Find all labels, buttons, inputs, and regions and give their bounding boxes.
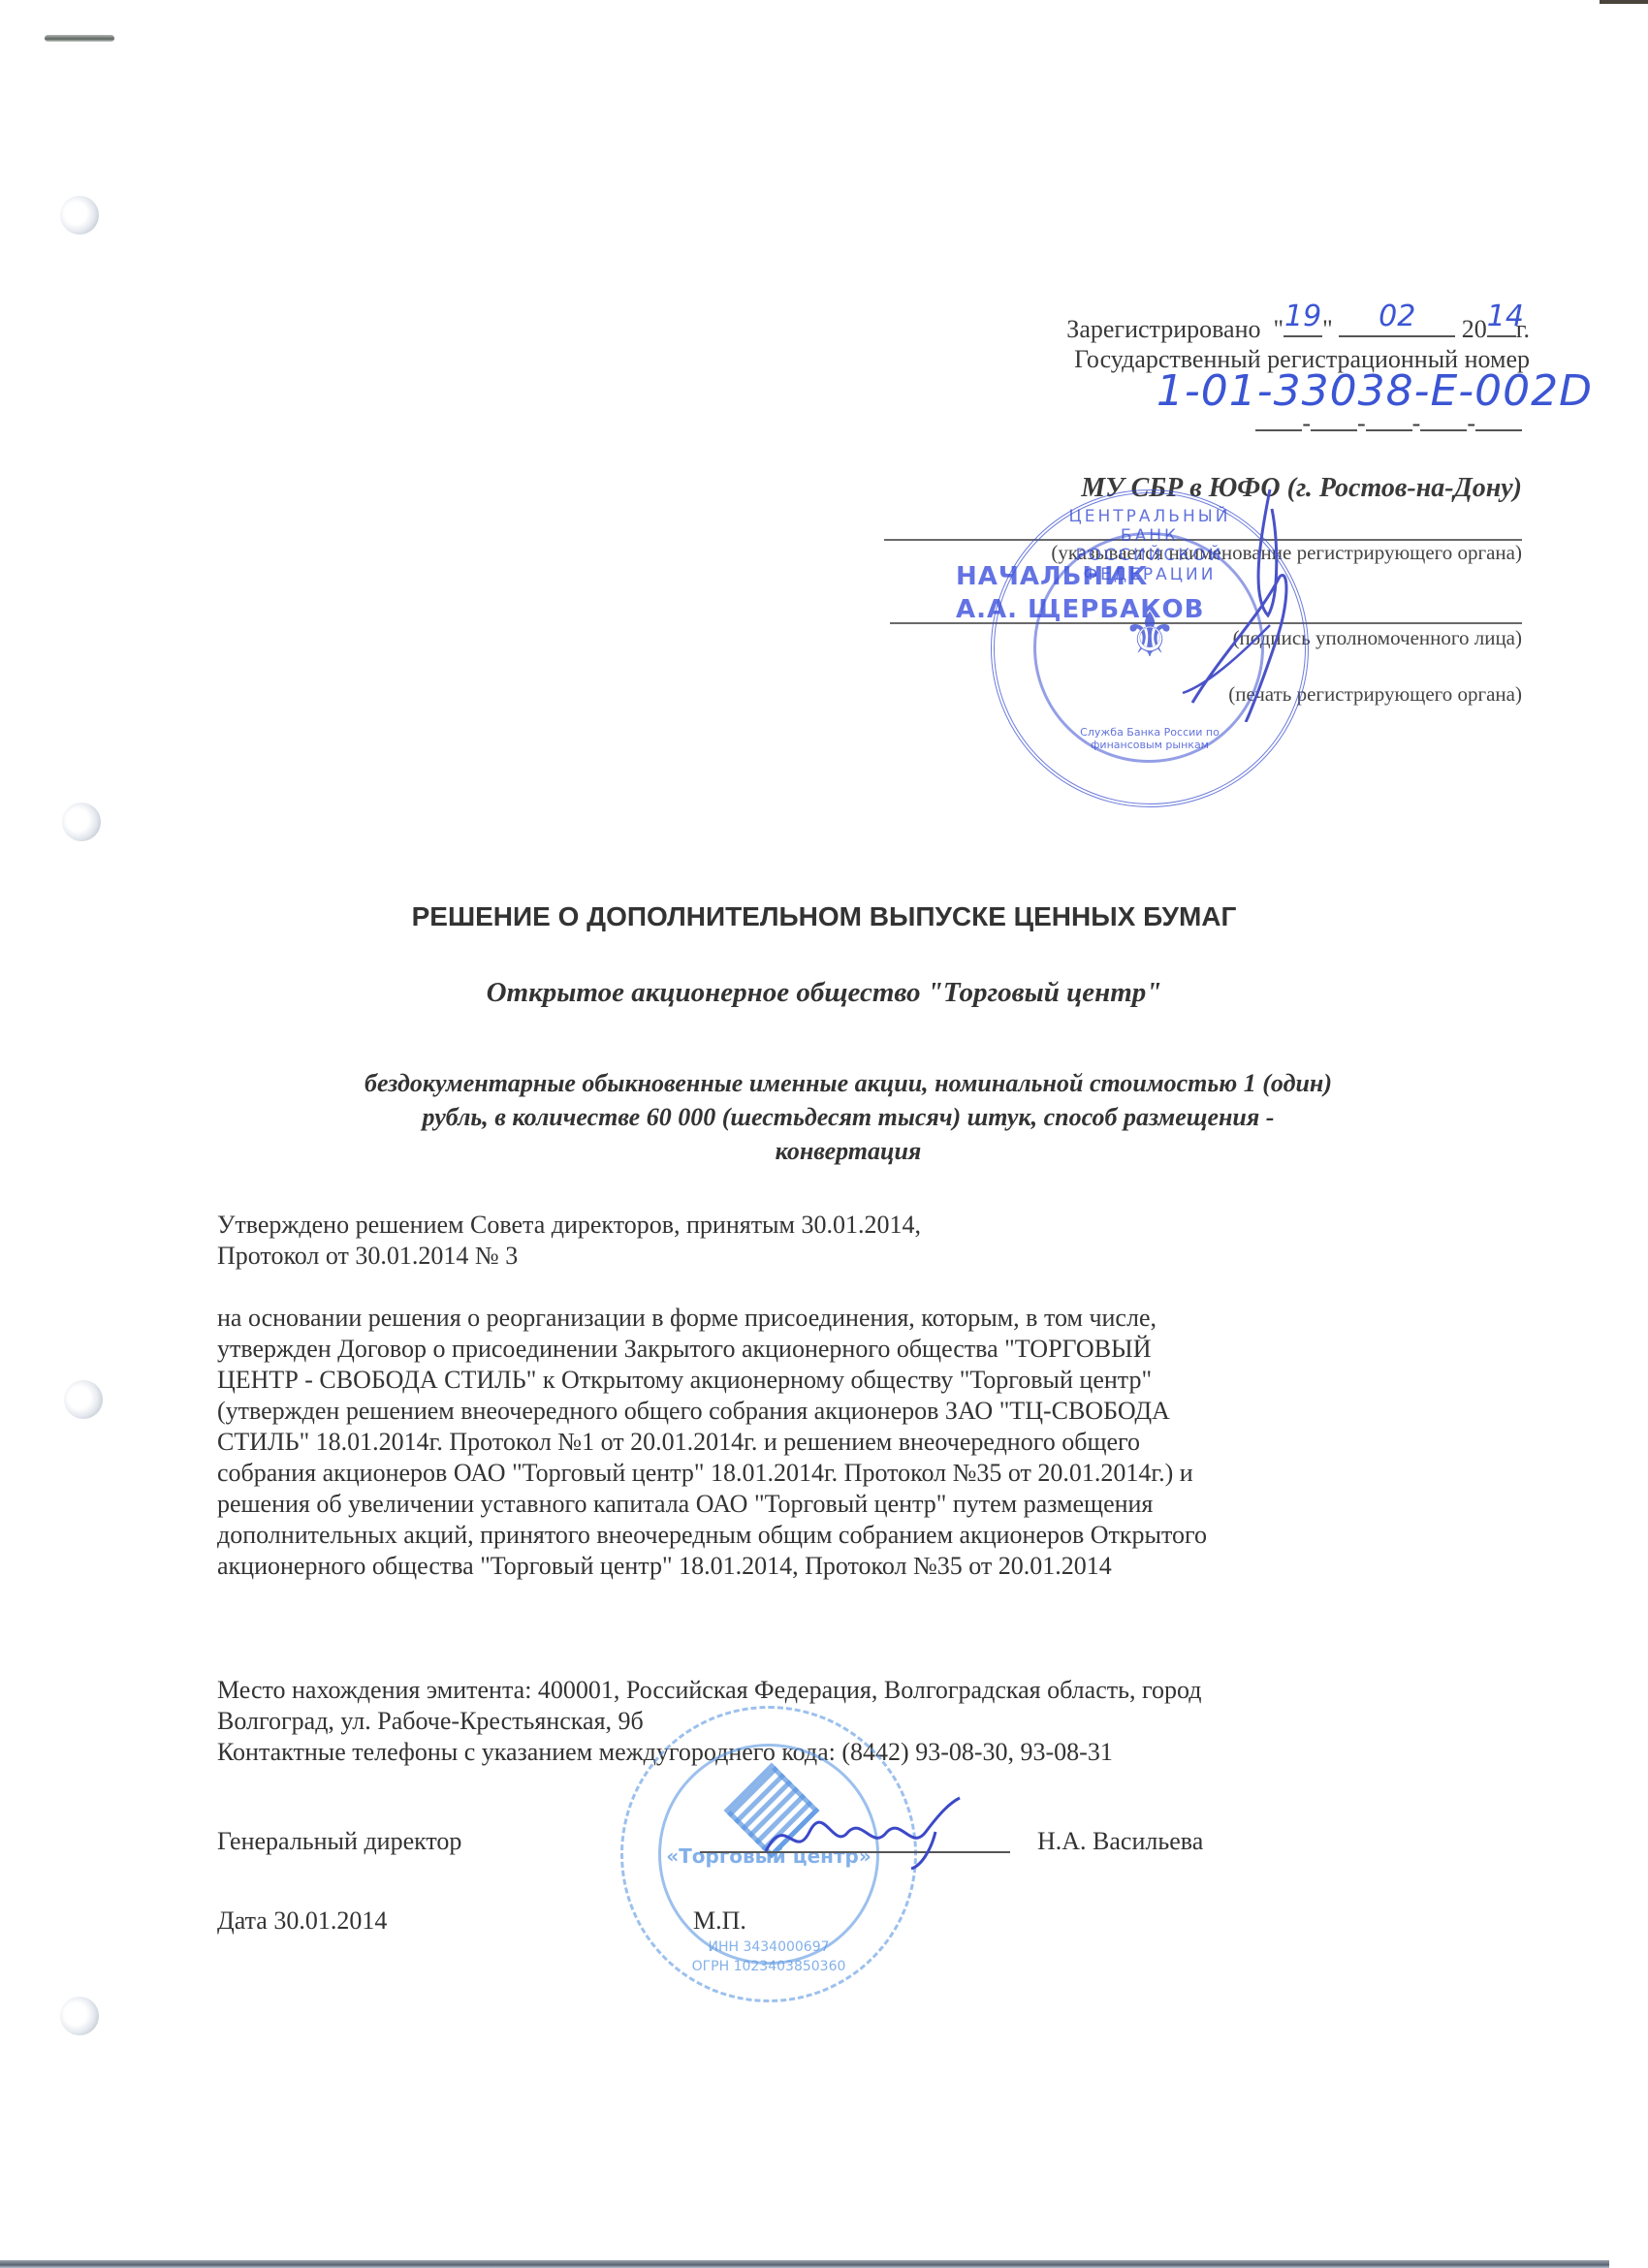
registrar-signature-icon [1154, 480, 1309, 722]
director-name: Н.А. Васильева [1037, 1826, 1203, 1857]
company-seal-inn: ИНН 3434000697 [672, 1939, 866, 1955]
punch-hole-icon [60, 1997, 99, 2035]
reg-month-field: 02 [1339, 310, 1455, 337]
staple-mark [45, 35, 114, 42]
punch-hole-icon [64, 1380, 103, 1419]
director-label: Генеральный директор [217, 1826, 461, 1857]
punch-hole-icon [62, 803, 101, 841]
punch-hole-icon [60, 196, 99, 235]
scan-edge-top [1600, 0, 1648, 4]
securities-description: бездокументарные обыкновенные именные ак… [223, 1066, 1474, 1168]
reg-day-field: 19 [1284, 310, 1322, 337]
official-stamp-title: НАЧАЛЬНИК [956, 560, 1148, 593]
document-title: РЕШЕНИЕ О ДОПОЛНИТЕЛЬНОМ ВЫПУСКЕ ЦЕННЫХ … [0, 901, 1648, 932]
basis-paragraph: на основании решения о реорганизации в ф… [217, 1303, 1497, 1582]
company-seal-ogrn: ОГРН 1023403850360 [672, 1959, 866, 1974]
registered-label: Зарегистрировано [1066, 315, 1260, 343]
reg-year-field: 14 [1487, 310, 1516, 337]
document-date: Дата 30.01.2014 [217, 1906, 387, 1937]
director-signature-icon [756, 1793, 969, 1871]
registration-date-line: Зарегистрировано "19" 02 2014г. [1066, 310, 1530, 344]
seal-place-label: М.П. [693, 1906, 746, 1937]
seal-inner-text: Служба Банка России по финансовым рынкам [1053, 726, 1247, 751]
scan-edge-bottom [0, 2260, 1609, 2268]
issuer-name: Открытое акционерное общество "Торговый … [0, 977, 1648, 1009]
approval-block: Утверждено решением Совета директоров, п… [217, 1210, 1497, 1272]
reg-number-blank: ---- [1255, 409, 1522, 438]
